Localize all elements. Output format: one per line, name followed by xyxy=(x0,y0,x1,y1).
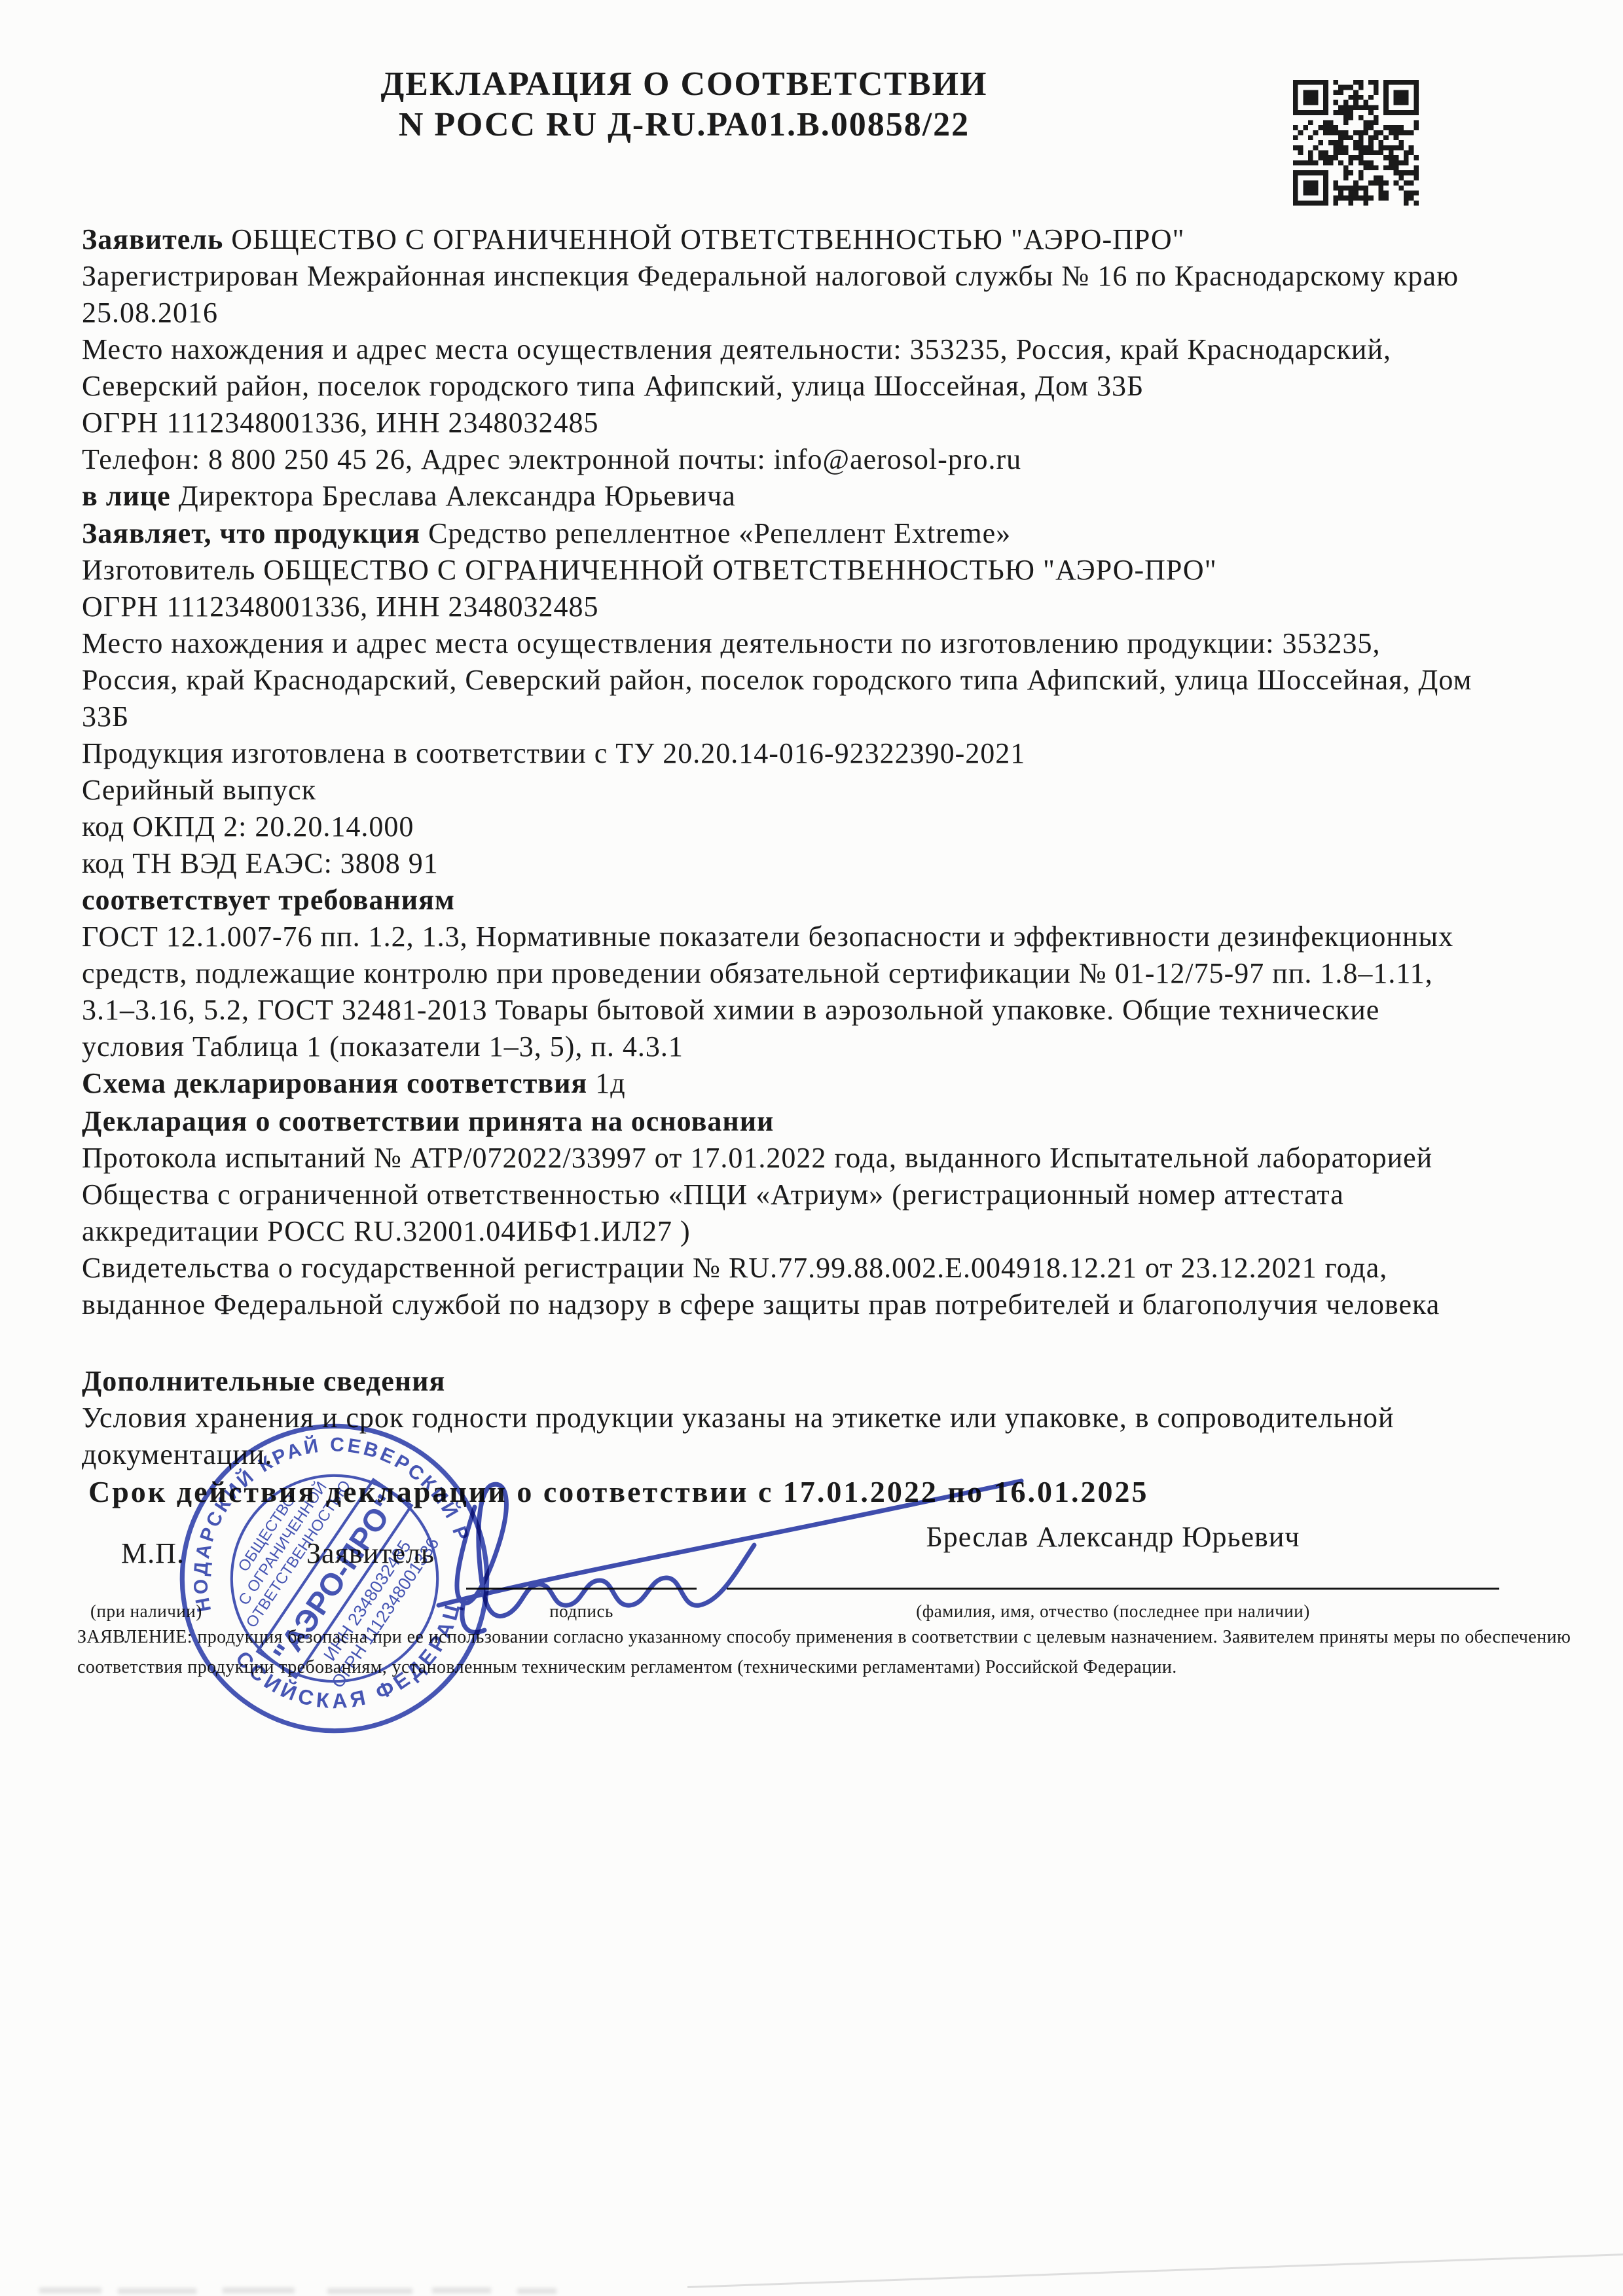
scheme-label: Схема декларирования соответствия xyxy=(82,1067,587,1099)
requirements-line-4: условия Таблица 1 (показатели 1–3, 5), п… xyxy=(82,1029,1453,1065)
product-declares: Заявляет, что продукция Средство репелле… xyxy=(82,515,1472,552)
qr-code xyxy=(1293,80,1419,206)
basis-certificate-2: выданное Федеральной службой по надзору … xyxy=(82,1286,1440,1323)
requirements-line-2: средств, подлежащие контролю при проведе… xyxy=(82,955,1453,992)
applicant-contacts: Телефон: 8 800 250 45 26, Адрес электрон… xyxy=(82,441,1459,478)
manufacturer-address-1: Место нахождения и адрес места осуществл… xyxy=(82,625,1472,662)
applicant-section: Заявитель ОБЩЕСТВО С ОГРАНИЧЕННОЙ ОТВЕТС… xyxy=(82,221,1459,515)
manufacturer-address-3: 33Б xyxy=(82,699,1472,735)
applicant-registered: Зарегистрирован Межрайонная инспекция Фе… xyxy=(82,258,1459,295)
applicant-ogrn-inn: ОГРН 1112348001336, ИНН 2348032485 xyxy=(82,405,1459,441)
company-stamp: КРАСНОДАРСКИЙ КРАЙ СЕВЕРСКИЙ РАЙОН РОССИ… xyxy=(175,1419,494,1738)
title-line-2: N РОСС RU Д-RU.РА01.В.00858/22 xyxy=(0,105,1368,145)
basis-section: Декларация о соответствии принята на осн… xyxy=(82,1103,1440,1323)
tnved-code: код ТН ВЭД ЕАЭС: 3808 91 xyxy=(82,845,1472,882)
scan-smudge xyxy=(39,2287,101,2293)
applicant-label: Заявитель xyxy=(82,223,223,255)
applicant-line: Заявитель ОБЩЕСТВО С ОГРАНИЧЕННОЙ ОТВЕТС… xyxy=(82,221,1459,258)
handwritten-signature xyxy=(412,1467,1041,1637)
scheme-value: 1д xyxy=(595,1067,625,1099)
scan-artifact-line xyxy=(687,2253,1623,2288)
applicant-address-1: Место нахождения и адрес места осуществл… xyxy=(82,331,1459,368)
okpd-code: код ОКПД 2: 20.20.14.000 xyxy=(82,809,1472,845)
product-label: Заявляет, что продукция xyxy=(82,517,420,549)
declaration-document: ДЕКЛАРАЦИЯ О СООТВЕТСТВИИ N РОСС RU Д-RU… xyxy=(0,0,1623,2296)
manufacturer-address-2: Россия, край Краснодарский, Северский ра… xyxy=(82,662,1472,699)
document-title: ДЕКЛАРАЦИЯ О СООТВЕТСТВИИ N РОСС RU Д-RU… xyxy=(0,64,1368,145)
scan-smudge xyxy=(118,2288,196,2294)
manufacturer-ogrn-inn: ОГРН 1112348001336, ИНН 2348032485 xyxy=(82,589,1472,625)
scan-smudge xyxy=(223,2287,295,2293)
scan-smudge xyxy=(517,2288,556,2294)
requirements-line-3: 3.1–3.16, 5.2, ГОСТ 32481-2013 Товары бы… xyxy=(82,992,1453,1029)
basis-certificate-1: Свидетельства о государственной регистра… xyxy=(82,1250,1440,1286)
basis-protocol-1: Протокола испытаний № АТР/072022/33997 о… xyxy=(82,1140,1440,1176)
scan-smudge xyxy=(327,2288,412,2294)
product-tu-line: Продукция изготовлена в соответствии с Т… xyxy=(82,735,1472,772)
additional-label: Дополнительные сведения xyxy=(82,1363,1395,1400)
in-person-label: в лице xyxy=(82,480,171,512)
product-section: Заявляет, что продукция Средство репелле… xyxy=(82,515,1472,882)
requirements-section: соответствует требованиям ГОСТ 12.1.007-… xyxy=(82,882,1453,1102)
manufacturer-line: Изготовитель ОБЩЕСТВО С ОГРАНИЧЕННОЙ ОТВ… xyxy=(82,552,1472,589)
scan-smudge xyxy=(432,2287,491,2293)
requirements-label: соответствует требованиям xyxy=(82,882,1453,919)
requirements-line-1: ГОСТ 12.1.007-76 пп. 1.2, 1.3, Нормативн… xyxy=(82,919,1453,955)
applicant-name: ОБЩЕСТВО С ОГРАНИЧЕННОЙ ОТВЕТСТВЕННОСТЬЮ… xyxy=(231,223,1184,255)
serial-production: Серийный выпуск xyxy=(82,772,1472,809)
declaration-scheme: Схема декларирования соответствия 1д xyxy=(82,1065,1453,1102)
product-name: Средство репеллентное «Репеллент Extreme… xyxy=(428,517,1011,549)
basis-protocol-3: аккредитации РОСС RU.32001.04ИБФ1.ИЛ27 ) xyxy=(82,1213,1440,1250)
applicant-address-2: Северский район, поселок городского типа… xyxy=(82,368,1459,405)
basis-label: Декларация о соответствии принята на осн… xyxy=(82,1103,1440,1140)
applicant-reg-date: 25.08.2016 xyxy=(82,295,1459,331)
applicant-in-person: в лице Директора Бреслава Александра Юрь… xyxy=(82,478,1459,515)
title-line-1: ДЕКЛАРАЦИЯ О СООТВЕТСТВИИ xyxy=(0,64,1368,105)
basis-protocol-2: Общества с ограниченной ответственностью… xyxy=(82,1176,1440,1213)
in-person-text: Директора Бреслава Александра Юрьевича xyxy=(179,480,736,512)
